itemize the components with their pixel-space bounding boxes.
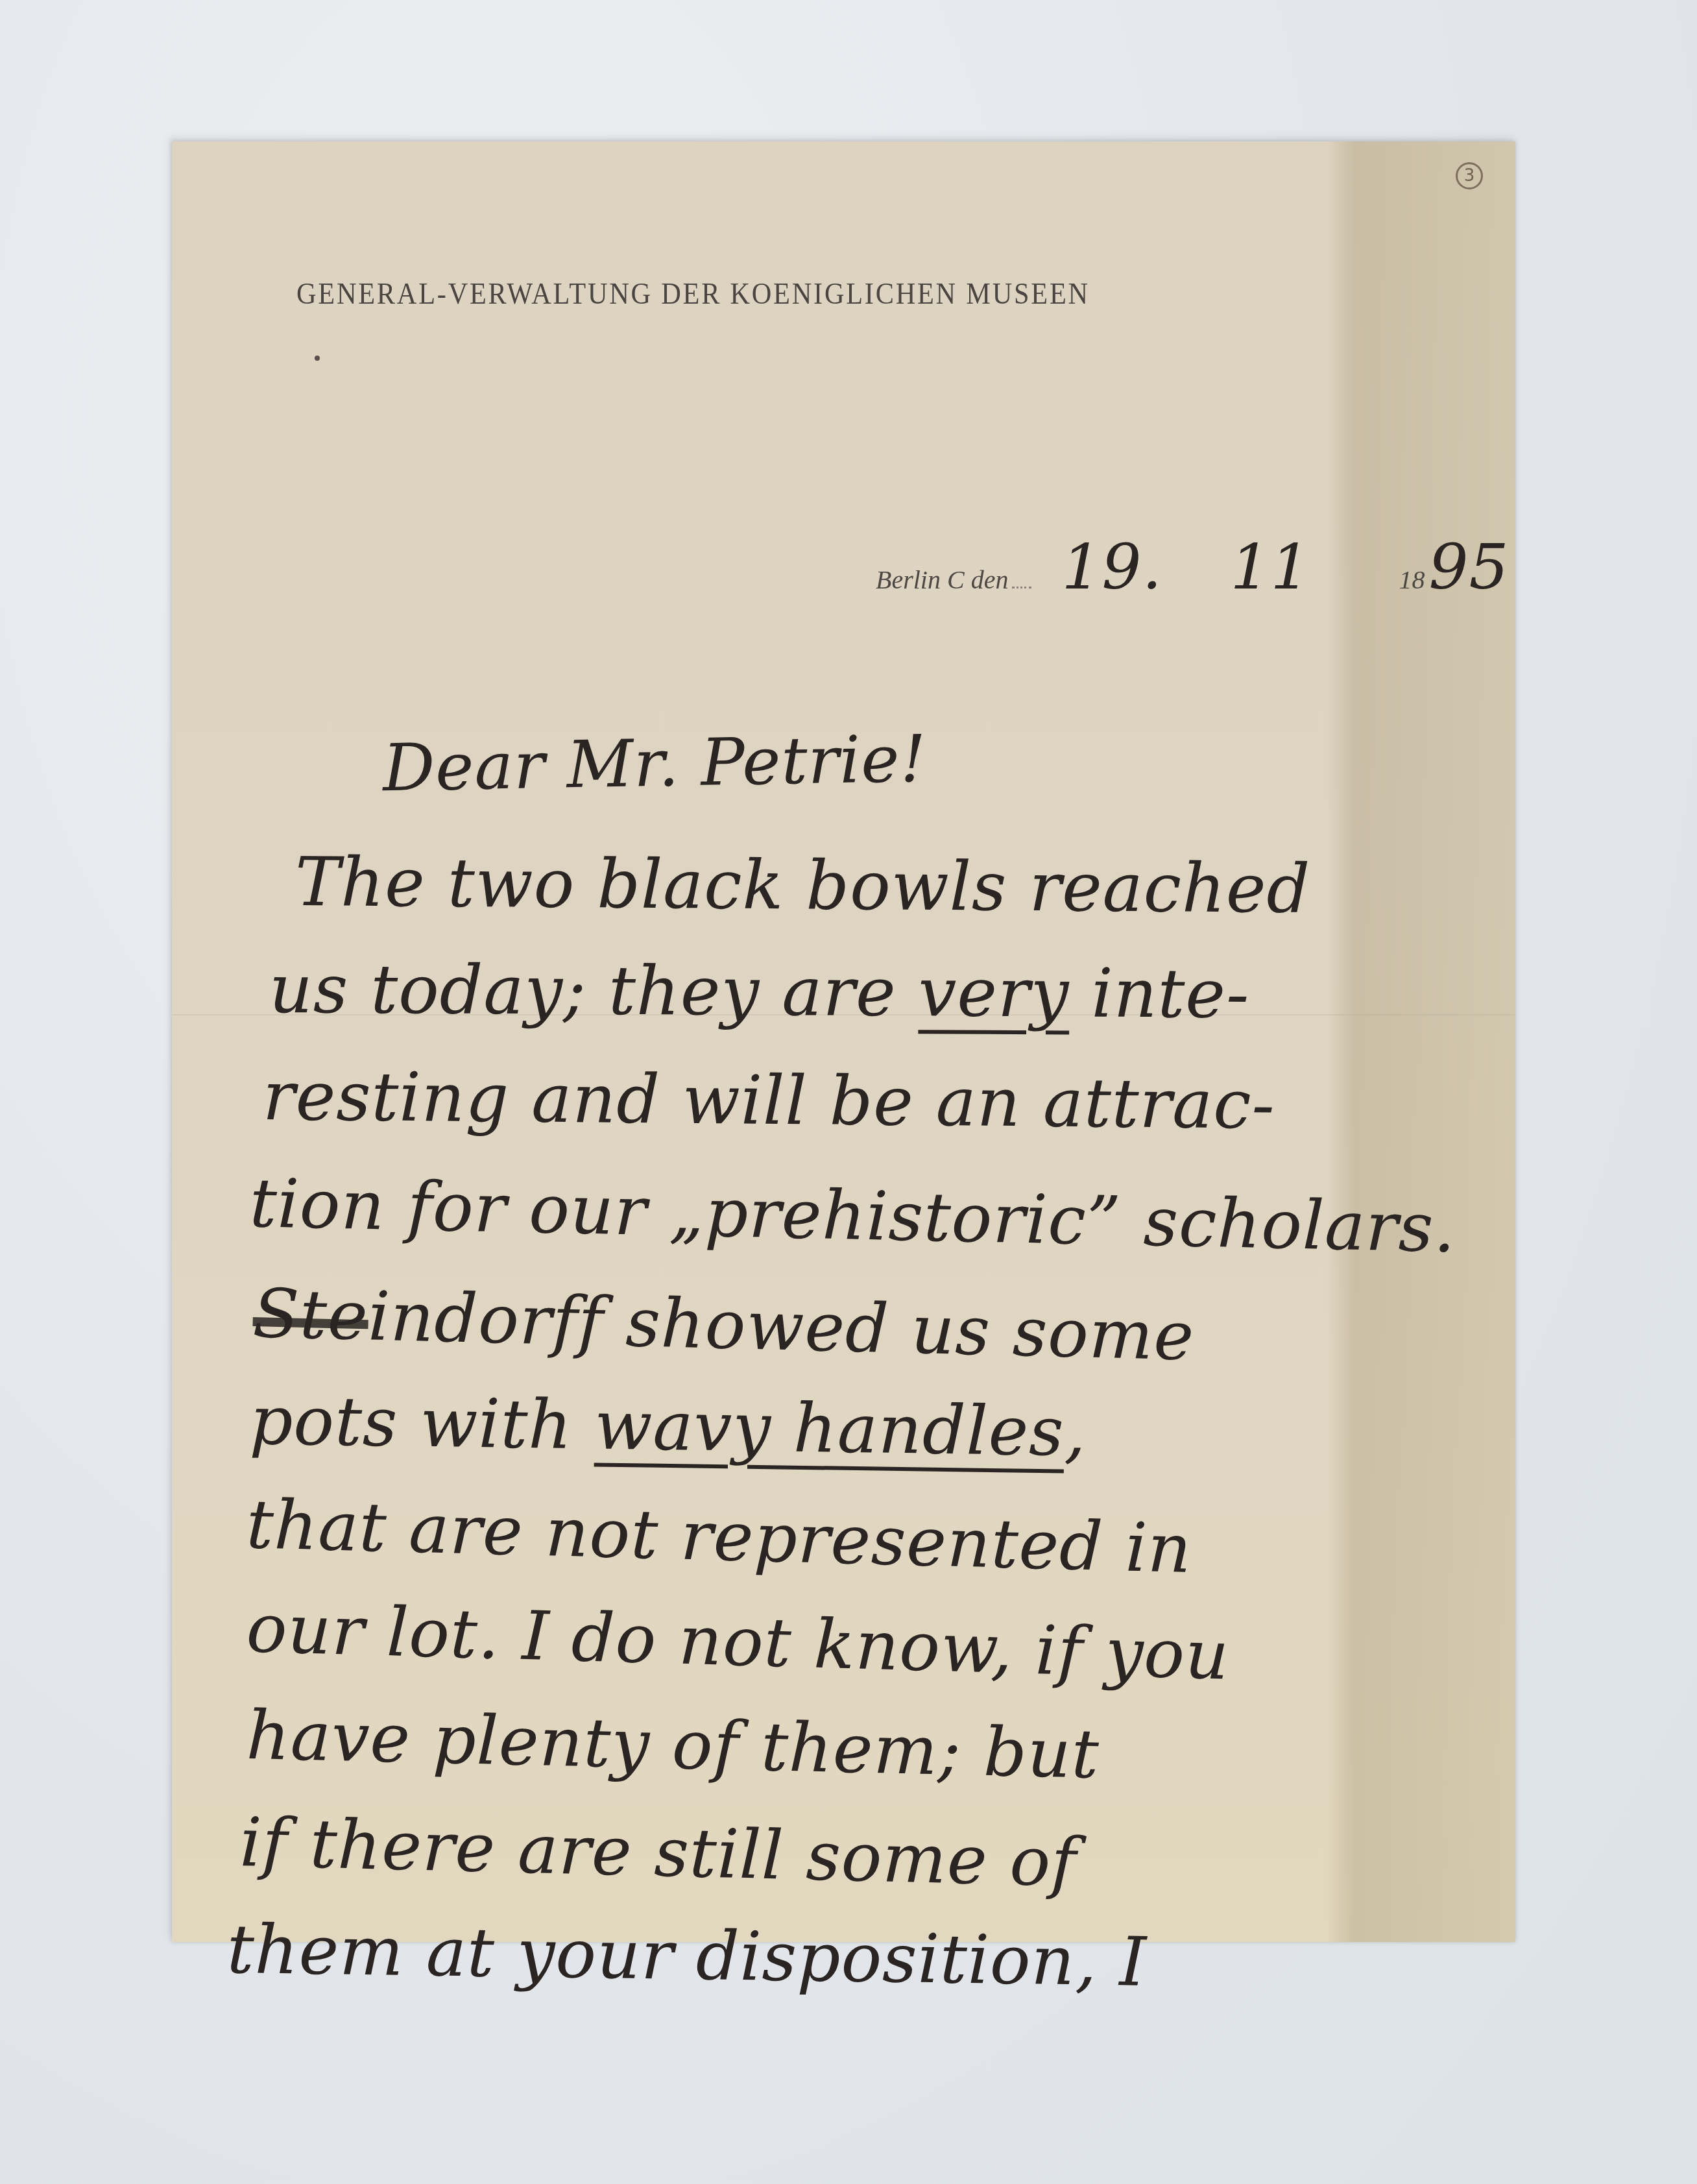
body-line: Steindorff showed us some	[252, 1274, 1196, 1376]
body-line: tion for our „prehistoric” scholars.	[249, 1163, 1457, 1268]
body-line: that are not represented in	[245, 1485, 1192, 1588]
letterhead: GENERAL-VERWALTUNG DER KOENIGLICHEN MUSE…	[296, 276, 1090, 311]
body-line: pots with wavy handles,	[249, 1381, 1087, 1472]
date-year: 95	[1428, 531, 1509, 603]
dotted-rule	[1012, 587, 1031, 588]
date-day: 19.	[1061, 531, 1230, 603]
date-century: 18	[1399, 564, 1425, 595]
body-line: The two black bowls reached	[295, 842, 1311, 928]
line-text: if there are still some of	[239, 1802, 1078, 1902]
line-text: inte-	[1069, 953, 1249, 1033]
body-line: us today; they are very inte-	[269, 949, 1250, 1034]
line-text: us today; they are	[269, 949, 919, 1032]
dateline: Berlin C den 19. 11 18 95	[876, 531, 1510, 603]
line-text: have plenty of them; but	[246, 1695, 1100, 1794]
line-text: resting and will be an attrac-	[262, 1056, 1275, 1145]
page-number-annotation: 3	[1456, 162, 1483, 189]
line-text: tion for our „prehistoric” scholars.	[249, 1163, 1457, 1268]
salutation: Dear Mr. Petrie!	[382, 721, 928, 807]
body-line: have plenty of them; but	[246, 1695, 1100, 1794]
line-text: our lot. I do not know, if you	[245, 1588, 1230, 1695]
underlined-phrase: wavy handles	[594, 1385, 1065, 1471]
struck-text: Ste	[252, 1274, 370, 1355]
ink-dot	[315, 356, 320, 361]
line-text: that are not represented in	[245, 1485, 1192, 1588]
body-line: if there are still some of	[239, 1802, 1078, 1902]
line-text: indorff showed us some	[367, 1276, 1196, 1376]
body-line: resting and will be an attrac-	[262, 1056, 1275, 1145]
body-line: them at your disposition, I	[226, 1910, 1147, 2002]
line-text: The two black bowls reached	[295, 842, 1311, 928]
letter-paper: 3 GENERAL-VERWALTUNG DER KOENIGLICHEN MU…	[172, 141, 1515, 1942]
line-text: them at your disposition, I	[226, 1910, 1147, 2002]
line-text: ,	[1064, 1392, 1087, 1472]
dateline-place: Berlin C den	[876, 564, 1008, 595]
underlined-word: very	[918, 952, 1069, 1032]
body-line: our lot. I do not know, if you	[245, 1588, 1230, 1695]
date-month: 11	[1230, 531, 1399, 603]
line-text: pots with	[249, 1381, 595, 1464]
